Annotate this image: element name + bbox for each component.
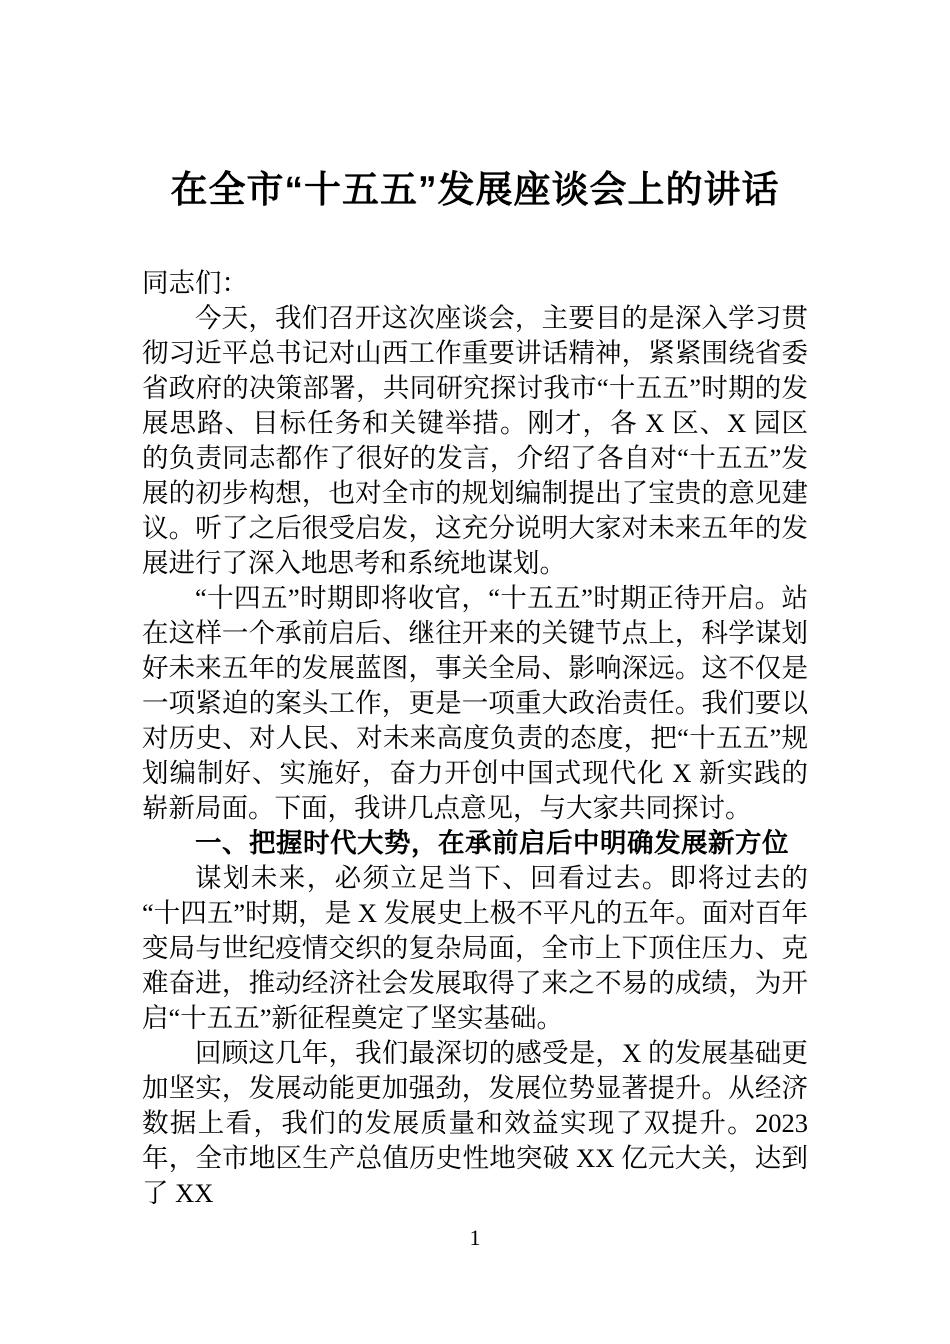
document-body: 同志们： 今天，我们召开这次座谈会，主要目的是深入学习贯彻习近平总书记对山西工作… xyxy=(142,266,808,1211)
salutation: 同志们： xyxy=(142,266,808,301)
paragraph-4: 回顾这几年，我们最深切的感受是，X 的发展基础更加坚实，发展动能更加强劲，发展位… xyxy=(142,1036,808,1211)
paragraph-3: 谋划未来，必须立足当下、回看过去。即将过去的“十四五”时期，是 X 发展史上极不… xyxy=(142,861,808,1036)
page-footer: 1 xyxy=(142,1225,808,1251)
section-heading-1: 一、把握时代大势，在承前启后中明确发展新方位 xyxy=(142,826,808,861)
paragraph-2: “十四五”时期即将收官，“十五五”时期正待开启。站在这样一个承前启后、继往开来的… xyxy=(142,581,808,826)
document-page: 在全市“十五五”发展座谈会上的讲话 同志们： 今天，我们召开这次座谈会，主要目的… xyxy=(0,0,950,1344)
page-number: 1 xyxy=(470,1225,481,1251)
document-title: 在全市“十五五”发展座谈会上的讲话 xyxy=(142,166,808,214)
paragraph-1: 今天，我们召开这次座谈会，主要目的是深入学习贯彻习近平总书记对山西工作重要讲话精… xyxy=(142,301,808,581)
